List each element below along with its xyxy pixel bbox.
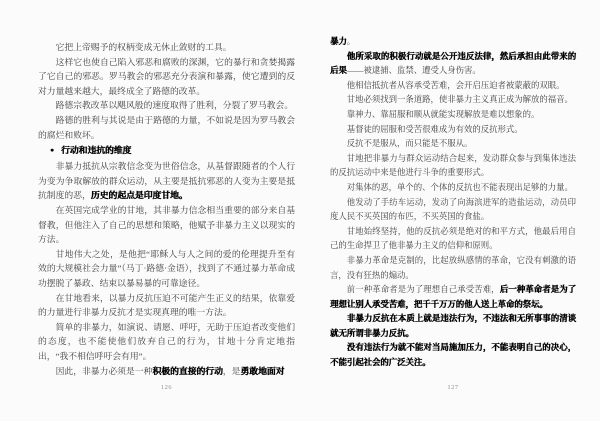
section-heading: ●行动和违抗的维度 — [50, 143, 295, 158]
right-page-number: 127 — [330, 384, 576, 391]
left-page-number: 126 — [38, 384, 295, 391]
section-heading-text: 行动和违抗的维度 — [61, 145, 131, 155]
body-text: 他发动了手纺车运动，发动了向海滨进军的造盐运动，动员印度人民不买英国的布匹，不买… — [330, 198, 576, 222]
body-text: 甘地始终坚持，他的反抗必须是绝对的和平方式，他最后用自己的生命捍卫了他非暴力主义… — [330, 227, 576, 251]
paragraph: 甘地把非暴力与群众运动结合起来，发动群众参与到集体违法的反抗运动中来是他进行斗争… — [330, 152, 576, 181]
body-text: 。 — [347, 37, 355, 46]
paragraph: 没有违法行为就不能对当局施加压力，不能表明自己的决心，不能引起社会的广泛关注。 — [330, 341, 576, 370]
paragraph: 它把上帝赐予的权柄变成无休止敛财的工具。 — [38, 40, 295, 55]
paragraph: 对集体的恶，单个的、个体的反抗也不能表现出足够的力量。 — [330, 181, 576, 196]
paragraph: 靠神力、靠屈服和顺从就能实现解放是难以想象的。 — [330, 108, 576, 123]
body-text: 路德宗教改革以飓风般的速度取得了胜利，分裂了罗马教会。 — [56, 100, 294, 110]
paragraph: 基督徒的屈服和受苦很难成为有效的反抗形式。 — [330, 123, 576, 138]
emphasis-text: 历史的起点是印度甘地。 — [91, 190, 188, 200]
paragraph: 甘地伟大之处，是他把“耶稣人与人之间的爱的伦理提升至有效的大规模社会力量”（马丁… — [38, 247, 295, 291]
body-text: 甘地必须找到一条道路，使非暴力主义真正成为解放的福音。 — [347, 95, 573, 104]
paragraph: 在英国完成学业的甘地，其非暴力信念相当重要的部分来自基督教，但他注入了自己的思想… — [38, 203, 295, 247]
body-text: ，是 — [223, 366, 241, 376]
body-text: 基督徒的屈服和受苦很难成为有效的反抗形式。 — [347, 125, 523, 134]
emphasis-text: 积极的直接的行动 — [152, 366, 222, 376]
paragraph: 在甘地看来，以暴力反抗压迫不可能产生正义的结果，依靠爱的力量进行非暴力反抗才是实… — [38, 291, 295, 320]
paragraph: 因此，非暴力必须是一种积极的直接的行动，是勇敢地面对 — [38, 364, 295, 379]
body-text: 甘地伟大之处，是他把“耶稣人与人之间的爱的伦理提升至有效的大规模社会力量”（马丁… — [38, 249, 295, 288]
paragraph: 甘地必须找到一条道路，使非暴力主义真正成为解放的福音。 — [330, 93, 576, 108]
paragraph: 这样它也使自己陷入邪恶和腐败的深渊，它的暴行和贪婪揭露了它自己的邪恶。罗马教会的… — [38, 55, 295, 99]
emphasis-text: 勇敢地面对 — [240, 366, 284, 376]
body-text: 前一种革命者是为了理想自己承受苦难， — [347, 285, 500, 294]
body-text: 甘地把非暴力与群众运动结合起来，发动群众参与到集体违法的反抗运动中来是他进行斗争… — [330, 154, 576, 178]
body-text: 对集体的恶，单个的、个体的反抗也不能表现出足够的力量。 — [347, 183, 573, 192]
right-page-text: 暴力。他所采取的积极行动就是公开违反法律，然后承担由此带来的后果——被逮捕、监禁… — [330, 35, 576, 371]
paragraph: 前一种革命者是为了理想自己承受苦难，后一种革命者是为了理想让别人承受苦难，把千千… — [330, 283, 576, 312]
body-text: 路德的胜利与其说是由于路德的力量，不如说是因为罗马教会的腐烂和败坏。 — [38, 115, 295, 140]
paragraph: 路德宗教改革以飓风般的速度取得了胜利，分裂了罗马教会。 — [38, 98, 295, 113]
bullet-icon: ● — [50, 147, 54, 154]
body-text: 在英国完成学业的甘地，其非暴力信念相当重要的部分来自基督教，但他注入了自己的思想… — [38, 205, 295, 244]
paragraph: 他发动了手纺车运动，发动了向海滨进军的造盐运动，动员印度人民不买英国的布匹，不买… — [330, 196, 576, 225]
paragraph: 反抗不是服从，而只能是不服从。 — [330, 137, 576, 152]
body-text: 他相信抵抗者从容承受苦难，会开启压迫者被蒙蔽的双眼。 — [347, 81, 565, 90]
paragraph: 非暴力革命是克制的，比起放纵感情的革命，它没有刺激的语言，没有狂热的煽动。 — [330, 254, 576, 283]
left-page-text: 它把上帝赐予的权柄变成无休止敛财的工具。这样它也使自己陷入邪恶和腐败的深渊，它的… — [38, 40, 295, 378]
body-text: 在甘地看来，以暴力反抗压迫不可能产生正义的结果，依靠爱的力量进行非暴力反抗才是实… — [38, 293, 295, 318]
paragraph: 简单的非暴力，如演说、请愿、呼吁，无助于压迫者改变他们的态度，也不能使他们放弃自… — [38, 320, 295, 364]
body-text: 它把上帝赐予的权柄变成无休止敛财的工具。 — [56, 42, 232, 52]
body-text: 简单的非暴力，如演说、请愿、呼吁，无助于压迫者改变他们的态度，也不能使他们放弃自… — [38, 322, 295, 361]
paragraph: 路德的胜利与其说是由于路德的力量，不如说是因为罗马教会的腐烂和败坏。 — [38, 113, 295, 142]
emphasis-text: 暴力 — [330, 37, 347, 46]
body-text: 靠神力、靠屈服和顺从就能实现解放是难以想象的。 — [347, 110, 540, 119]
body-text: 这样它也使自己陷入邪恶和腐败的深渊，它的暴行和贪婪揭露了它自己的邪恶。罗马教会的… — [38, 57, 295, 96]
paragraph: 非暴力抵抗从宗教信念变为世俗信念，从基督跟随者的个人行为变为争取解放的群众运动，… — [38, 159, 295, 203]
emphasis-text: 非暴力反抗在本质上就是违法行为，不违法和无所事事的清谈就无所谓非暴力反抗。 — [330, 314, 576, 338]
paragraph: 非暴力反抗在本质上就是违法行为，不违法和无所事事的清谈就无所谓非暴力反抗。 — [330, 312, 576, 341]
paragraph: 他相信抵抗者从容承受苦难，会开启压迫者被蒙蔽的双眼。 — [330, 79, 576, 94]
paragraph: 甘地始终坚持，他的反抗必须是绝对的和平方式，他最后用自己的生命捍卫了他非暴力主义… — [330, 225, 576, 254]
body-text: 非暴力革命是克制的，比起放纵感情的革命，它没有刺激的语言，没有狂热的煽动。 — [330, 256, 576, 280]
paragraph: 暴力。 — [330, 35, 576, 50]
body-text: 反抗不是服从，而只能是不服从。 — [347, 139, 473, 148]
body-text: 因此，非暴力必须是一种 — [56, 366, 153, 376]
body-text: ——被逮捕、监禁、遭受人身伤害。 — [347, 66, 481, 75]
book-spread: 它把上帝赐予的权柄变成无休止敛财的工具。这样它也使自己陷入邪恶和腐败的深渊，它的… — [0, 0, 600, 421]
emphasis-text: 没有违法行为就不能对当局施加压力，不能表明自己的决心，不能引起社会的广泛关注。 — [330, 343, 576, 367]
paragraph: 他所采取的积极行动就是公开违反法律，然后承担由此带来的后果——被逮捕、监禁、遭受… — [330, 50, 576, 79]
